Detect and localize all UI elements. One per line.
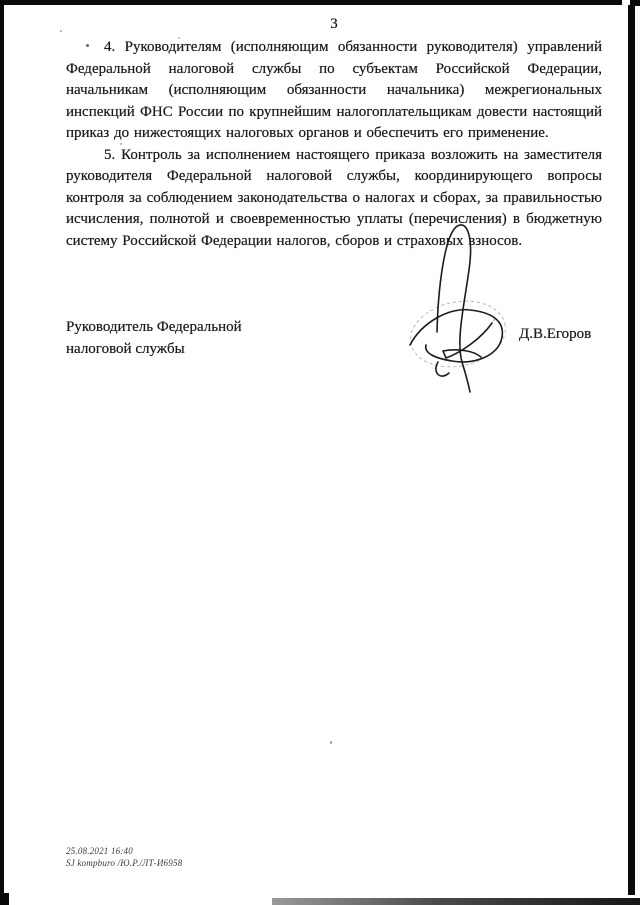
scan-border-right [628, 5, 635, 895]
footer-registration-number: SJ kompburo /Ю.Р./ЛТ-И6958 [66, 858, 182, 870]
handwritten-signature-icon [388, 212, 590, 402]
scan-border-top [0, 0, 622, 5]
scan-border-left [0, 0, 4, 897]
page-number: 3 [66, 16, 602, 33]
signer-position-title: Руководитель Федеральной налоговой служб… [66, 316, 242, 360]
scan-border-left-nub [0, 893, 9, 905]
signer-title-line2: налоговой службы [66, 338, 242, 360]
signer-name: Д.В.Егоров [519, 326, 591, 343]
scan-noise-dot [330, 741, 332, 744]
scan-border-bottom [272, 898, 640, 905]
footer-timestamp: 25.08.2021 16:40 [66, 846, 182, 858]
document-page: 3 4. Руководителям (исполняющим обязанно… [0, 0, 640, 905]
paragraph-item-4: 4. Руководителям (исполняющим обязанност… [66, 37, 602, 145]
scan-noise-dot [60, 30, 62, 32]
footer-stamp: 25.08.2021 16:40 SJ kompburo /Ю.Р./ЛТ-И6… [66, 846, 182, 869]
signer-title-line1: Руководитель Федеральной [66, 316, 242, 338]
